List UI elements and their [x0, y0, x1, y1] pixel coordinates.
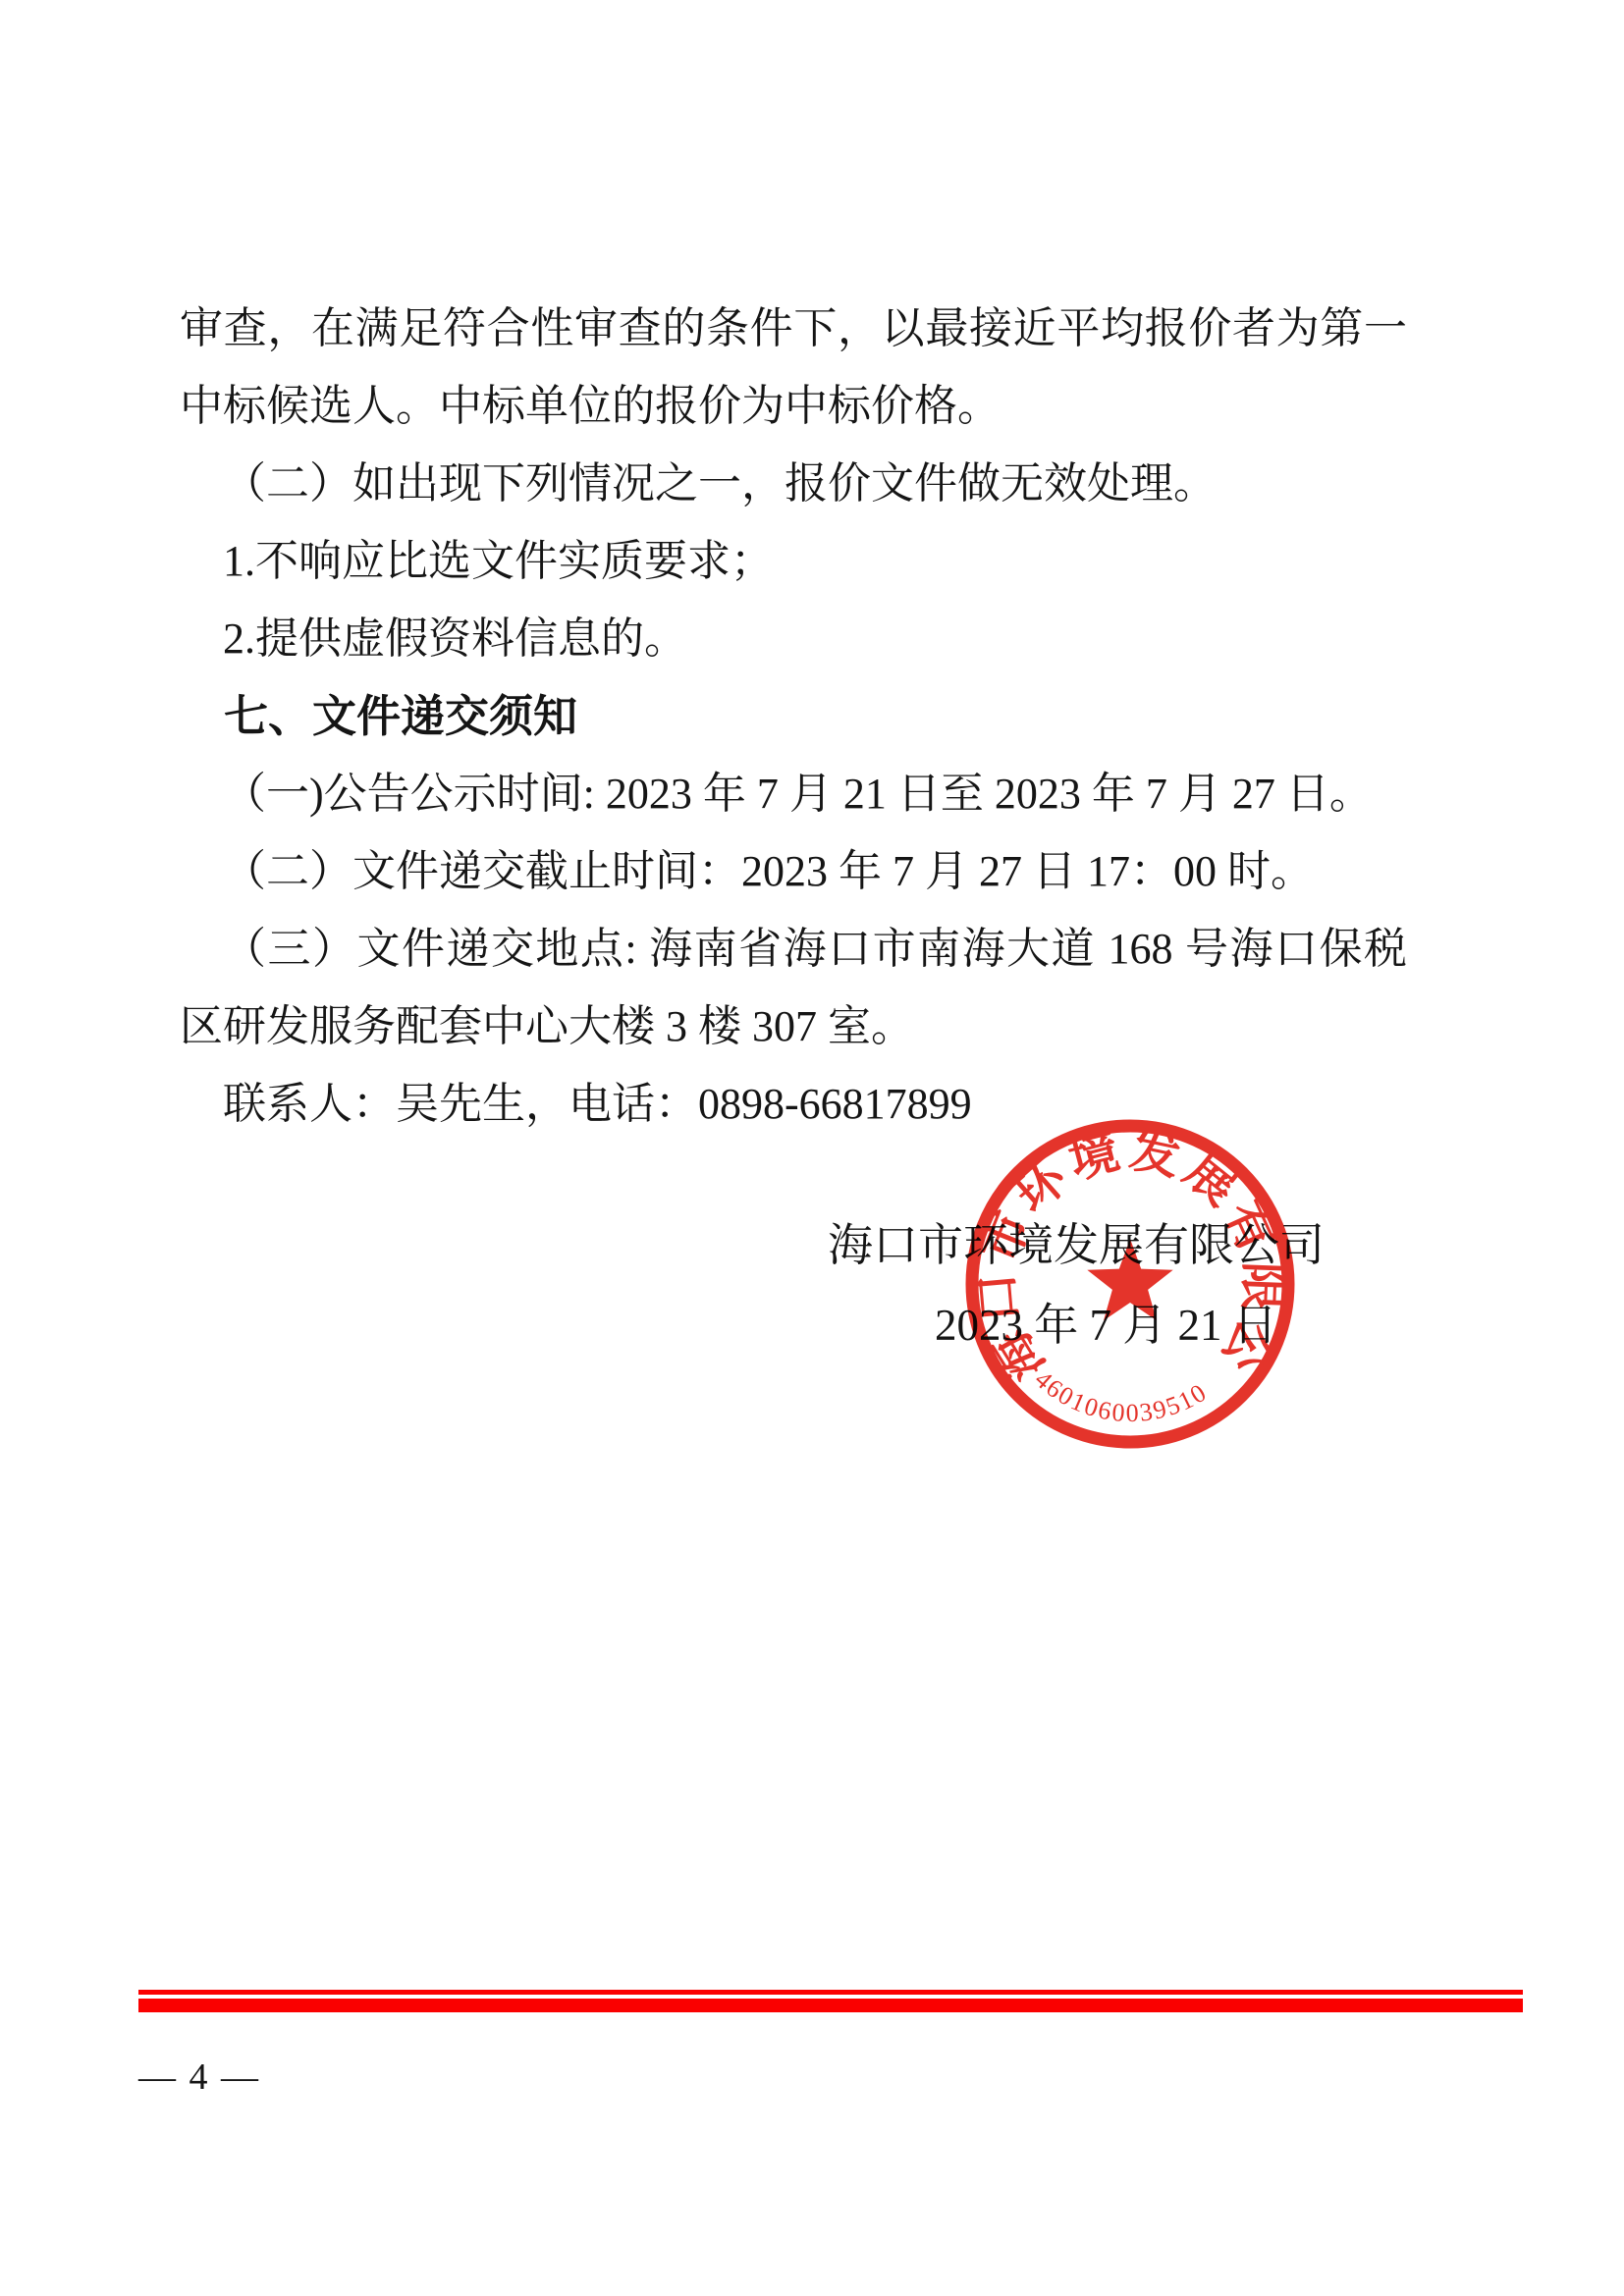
page-number: — 4 — — [138, 2056, 260, 2099]
list-item: 1.不响应比选文件实质要求； — [180, 522, 1407, 600]
official-seal-stamp-icon: 海口市环境发展有限公司 4601060039510 — [963, 1117, 1297, 1451]
paragraph: （一)公告公示时间: 2023 年 7 月 21 日至 2023 年 7 月 2… — [180, 755, 1407, 832]
paragraph: （二）如出现下列情况之一，报价文件做无效处理。 — [180, 445, 1407, 522]
footer-rule-thick — [138, 1999, 1523, 2012]
paragraph: 审查，在满足符合性审查的条件下，以最接近平均报价者为第一中标候选人。中标单位的报… — [180, 290, 1407, 445]
section-heading: 七、文件递交须知 — [180, 677, 1407, 755]
seal-star-icon — [1087, 1239, 1172, 1320]
paragraph: （三）文件递交地点: 海南省海口市南海大道 168 号海口保税区研发服务配套中心… — [180, 910, 1407, 1065]
footer-rule-thin — [138, 1990, 1523, 1995]
body-text: 审查，在满足符合性审查的条件下，以最接近平均报价者为第一中标候选人。中标单位的报… — [180, 290, 1407, 1143]
paragraph: （二）文件递交截止时间：2023 年 7 月 27 日 17：00 时。 — [180, 832, 1407, 910]
document-page: 审查，在满足符合性审查的条件下，以最接近平均报价者为第一中标候选人。中标单位的报… — [0, 0, 1624, 2296]
list-item: 2.提供虚假资料信息的。 — [180, 600, 1407, 677]
